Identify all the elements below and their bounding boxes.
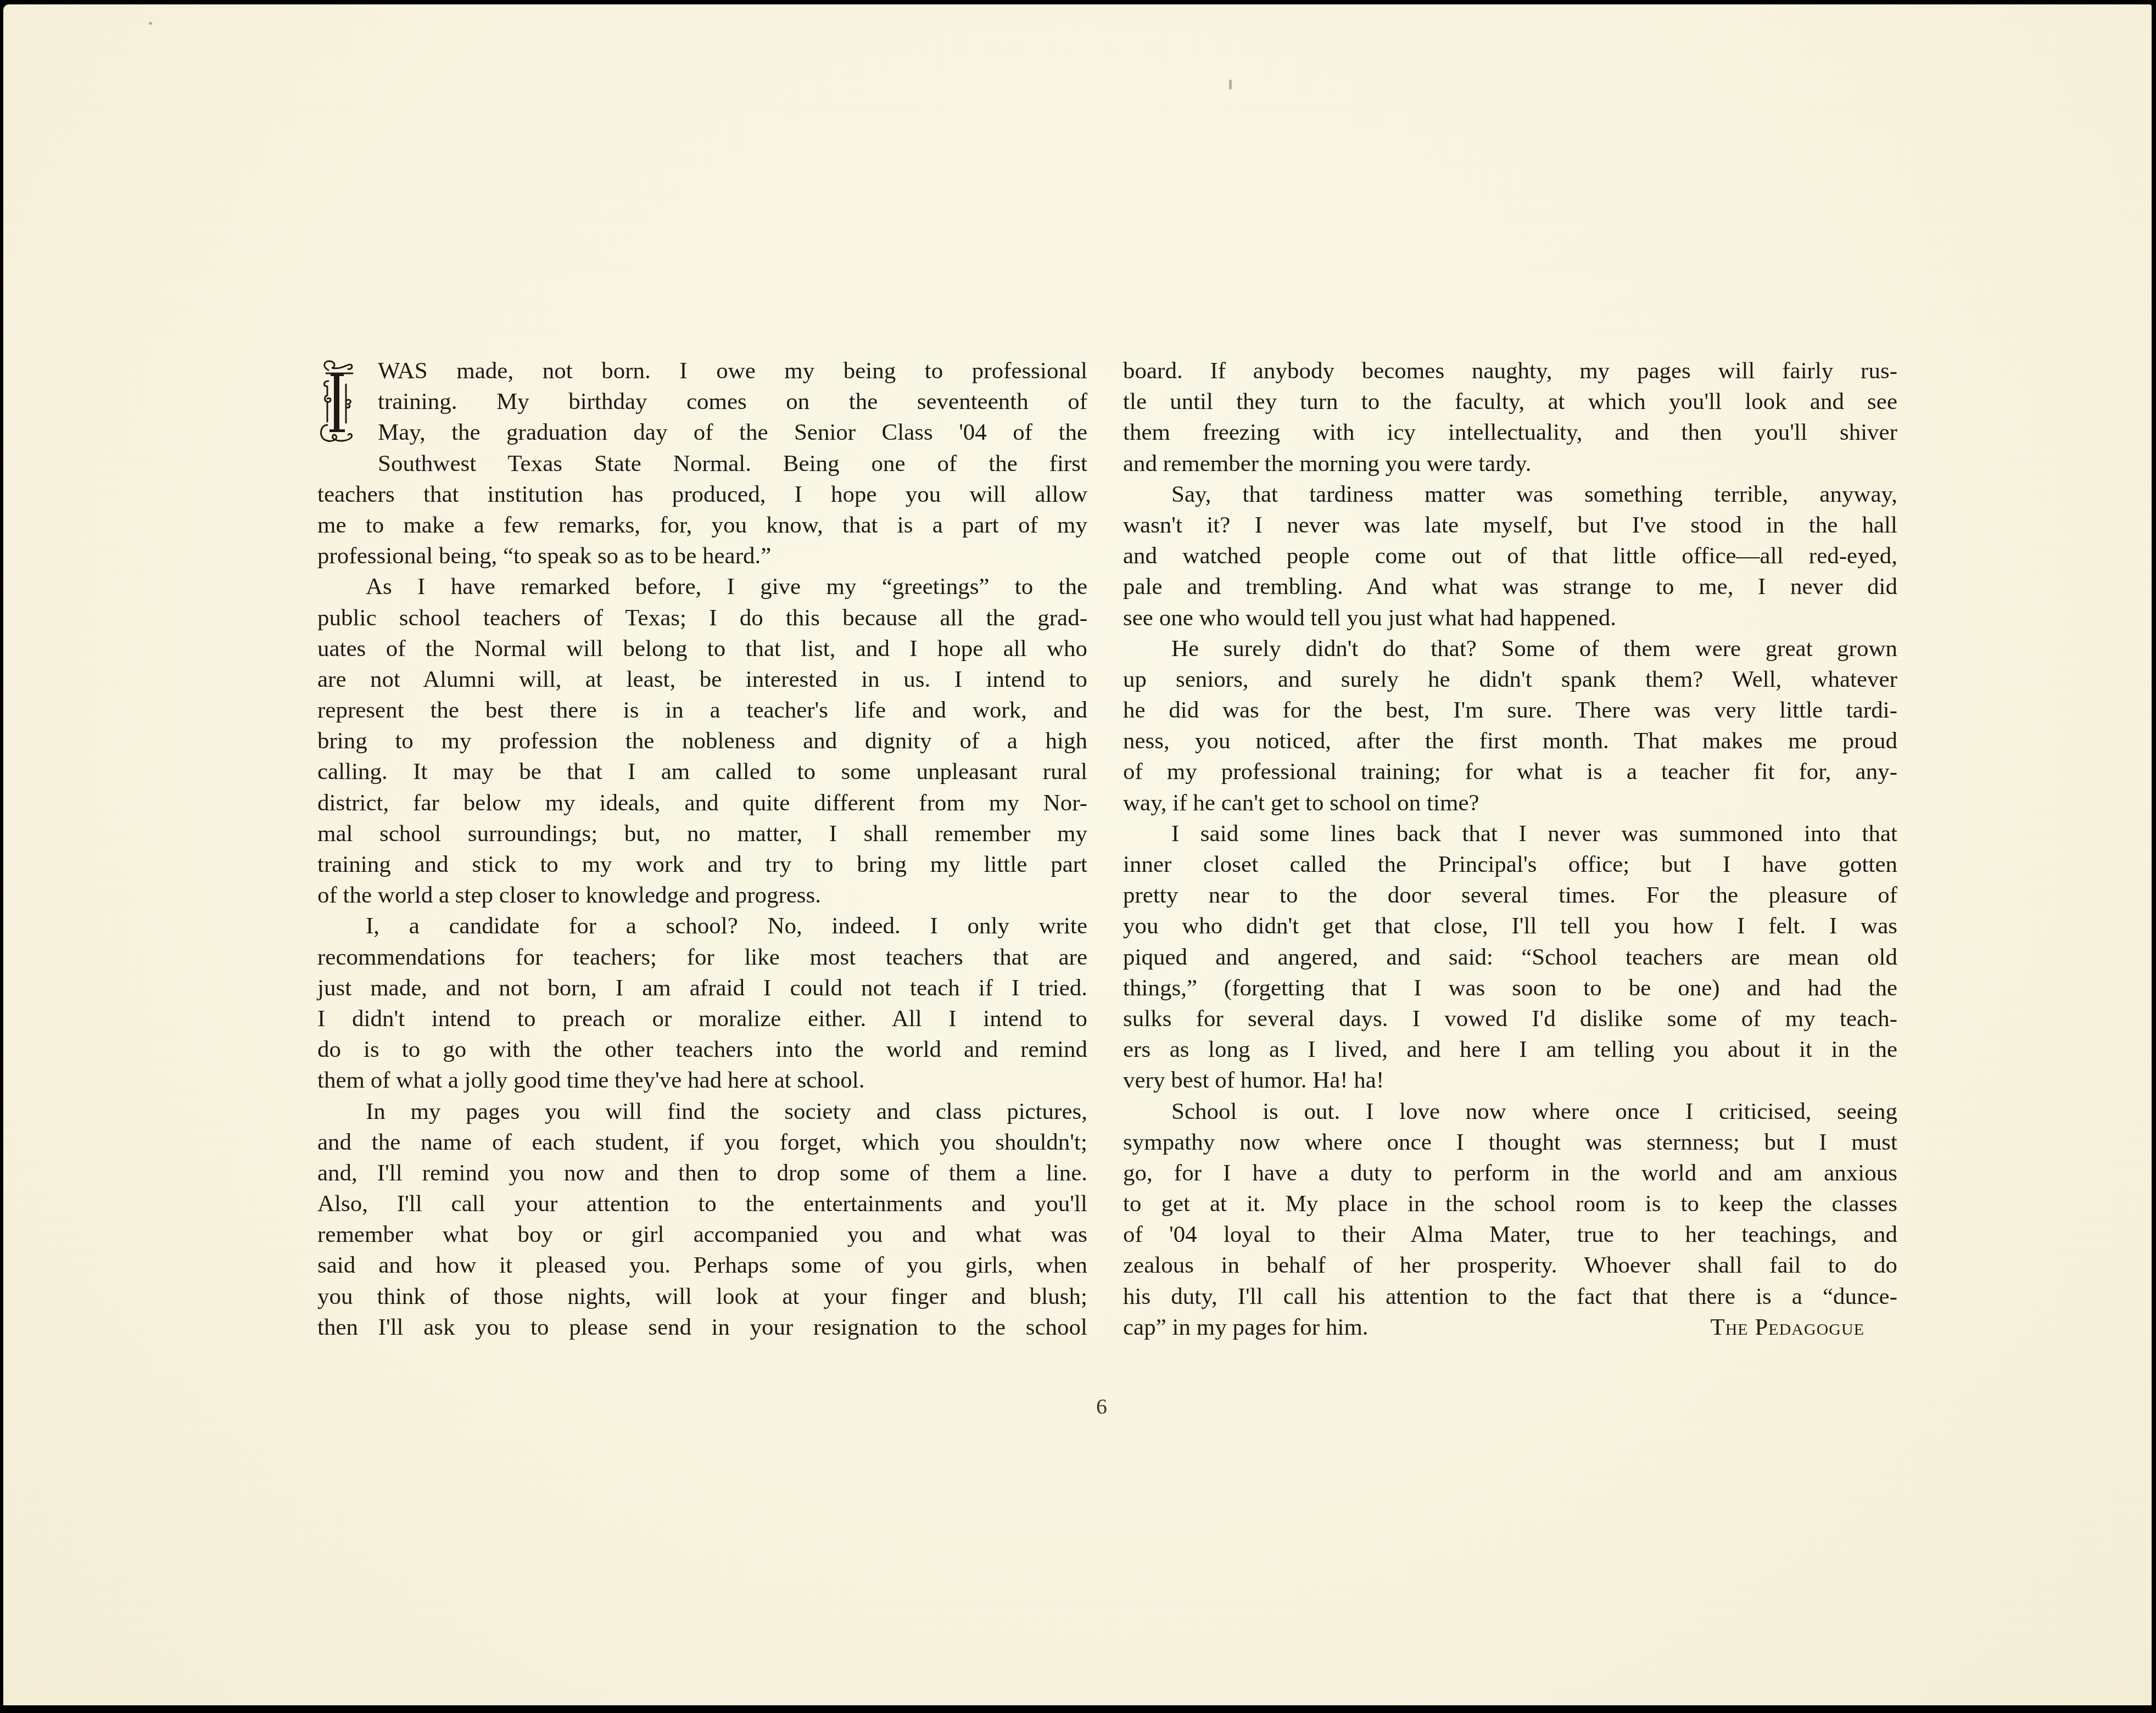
text-line: way, if he can't get to school on time? <box>1123 788 1897 819</box>
text-line: pretty near to the door several times. F… <box>1123 880 1897 911</box>
text-line: things,” (forgetting that I was soon to … <box>1123 973 1897 1004</box>
text-line: cap” in my pages for him. <box>1123 1314 1369 1340</box>
ornamental-drop-cap-i-icon <box>316 357 360 449</box>
text-line: his duty, I'll call his attention to the… <box>1123 1281 1897 1312</box>
text-line: training and stick to my work and try to… <box>317 849 1087 880</box>
text-line: he did was for the best, I'm sure. There… <box>1123 695 1897 726</box>
text-line: them of what a jolly good time they've h… <box>317 1065 1087 1096</box>
text-line: bring to my profession the nobleness and… <box>317 726 1087 757</box>
text-line: wasn't it? I never was late myself, but … <box>1123 510 1897 541</box>
text-line: are not Alumni will, at least, be intere… <box>317 664 1087 695</box>
text-line: them freezing with icy intellectuality, … <box>1123 417 1897 448</box>
text-line: up seniors, and surely he didn't spank t… <box>1123 664 1897 695</box>
text-line: said and how it pleased you. Perhaps som… <box>317 1250 1087 1281</box>
text-line: and the name of each student, if you for… <box>317 1127 1087 1158</box>
text-line: recommendations for teachers; for like m… <box>317 942 1087 973</box>
text-line: Also, I'll call your attention to the en… <box>317 1189 1087 1219</box>
text-line: zealous in behalf of her prosperity. Who… <box>1123 1250 1897 1281</box>
text-line: public school teachers of Texas; I do th… <box>317 603 1087 634</box>
text-line: of '04 loyal to their Alma Mater, true t… <box>1123 1219 1897 1250</box>
paragraph-start-line: Say, that tardiness matter was something… <box>1123 479 1897 510</box>
text-line: Southwest Texas State Normal. Being one … <box>317 449 1087 479</box>
left-column: WAS made, not born. I owe my being to pr… <box>317 356 1087 1343</box>
text-line: remember what boy or girl accompanied yo… <box>317 1219 1087 1250</box>
signature: The Pedagogue <box>1710 1312 1864 1343</box>
text-line: tle until they turn to the faculty, at w… <box>1123 387 1897 417</box>
text-line: May, the graduation day of the Senior Cl… <box>317 417 1087 448</box>
text-line: do is to go with the other teachers into… <box>317 1034 1087 1065</box>
text-line: you think of those nights, will look at … <box>317 1281 1087 1312</box>
page-number: 6 <box>1096 1393 1107 1419</box>
text-line: inner closet called the Principal's offi… <box>1123 849 1897 880</box>
text-line: to get at it. My place in the school roo… <box>1123 1189 1897 1219</box>
text-line: ers as long as I lived, and here I am te… <box>1123 1034 1897 1065</box>
paragraph-start-line: In my pages you will find the society an… <box>317 1096 1087 1127</box>
text-line: I didn't intend to preach or moralize ei… <box>317 1004 1087 1034</box>
text-line: training. My birthday comes on the seven… <box>317 387 1087 417</box>
text-line: sulks for several days. I vowed I'd disl… <box>1123 1004 1897 1034</box>
paragraph-start-line: School is out. I love now where once I c… <box>1123 1096 1897 1127</box>
paper-blemish <box>149 22 152 25</box>
paragraph-start-line: As I have remarked before, I give my “gr… <box>317 572 1087 602</box>
text-line: board. If anybody becomes naughty, my pa… <box>1123 356 1897 387</box>
text-line: represent the best there is in a teacher… <box>317 695 1087 726</box>
text-line: ness, you noticed, after the first month… <box>1123 726 1897 757</box>
text-line: see one who would tell you just what had… <box>1123 603 1897 634</box>
paper-blemish <box>1229 80 1232 89</box>
text-line: WAS made, not born. I owe my being to pr… <box>317 356 1087 387</box>
closing-line: cap” in my pages for him. The Pedagogue <box>1123 1312 1897 1343</box>
paragraph-start-line: I said some lines back that I never was … <box>1123 819 1897 849</box>
text-line: and, I'll remind you now and then to dro… <box>317 1158 1087 1189</box>
text-line: uates of the Normal will belong to that … <box>317 634 1087 664</box>
text-line: professional being, “to speak so as to b… <box>317 541 1087 572</box>
text-line: district, far below my ideals, and quite… <box>317 788 1087 819</box>
text-line: then I'll ask you to please send in your… <box>317 1312 1087 1343</box>
text-line: of my professional training; for what is… <box>1123 757 1897 787</box>
text-line: me to make a few remarks, for, you know,… <box>317 510 1087 541</box>
text-line: calling. It may be that I am called to s… <box>317 757 1087 787</box>
paragraph-start-line: He surely didn't do that? Some of them w… <box>1123 634 1897 664</box>
text-line: very best of humor. Ha! ha! <box>1123 1065 1897 1096</box>
paragraph-start-line: I, a candidate for a school? No, indeed.… <box>317 911 1087 942</box>
text-line: just made, and not born, I am afraid I c… <box>317 973 1087 1004</box>
text-line: go, for I have a duty to perform in the … <box>1123 1158 1897 1189</box>
right-column: board. If anybody becomes naughty, my pa… <box>1123 356 1897 1343</box>
text-line: of the world a step closer to knowledge … <box>317 880 1087 911</box>
text-line: sympathy now where once I thought was st… <box>1123 1127 1897 1158</box>
text-line: mal school surroundings; but, no matter,… <box>317 819 1087 849</box>
text-line: and watched people come out of that litt… <box>1123 541 1897 572</box>
text-line: piqued and angered, and said: “School te… <box>1123 942 1897 973</box>
text-line: you who didn't get that close, I'll tell… <box>1123 911 1897 942</box>
text-line: teachers that institution has produced, … <box>317 479 1087 510</box>
scanned-page: WAS made, not born. I owe my being to pr… <box>3 4 2152 1705</box>
text-line: pale and trembling. And what was strange… <box>1123 572 1897 602</box>
text-line: and remember the morning you were tardy. <box>1123 449 1897 479</box>
